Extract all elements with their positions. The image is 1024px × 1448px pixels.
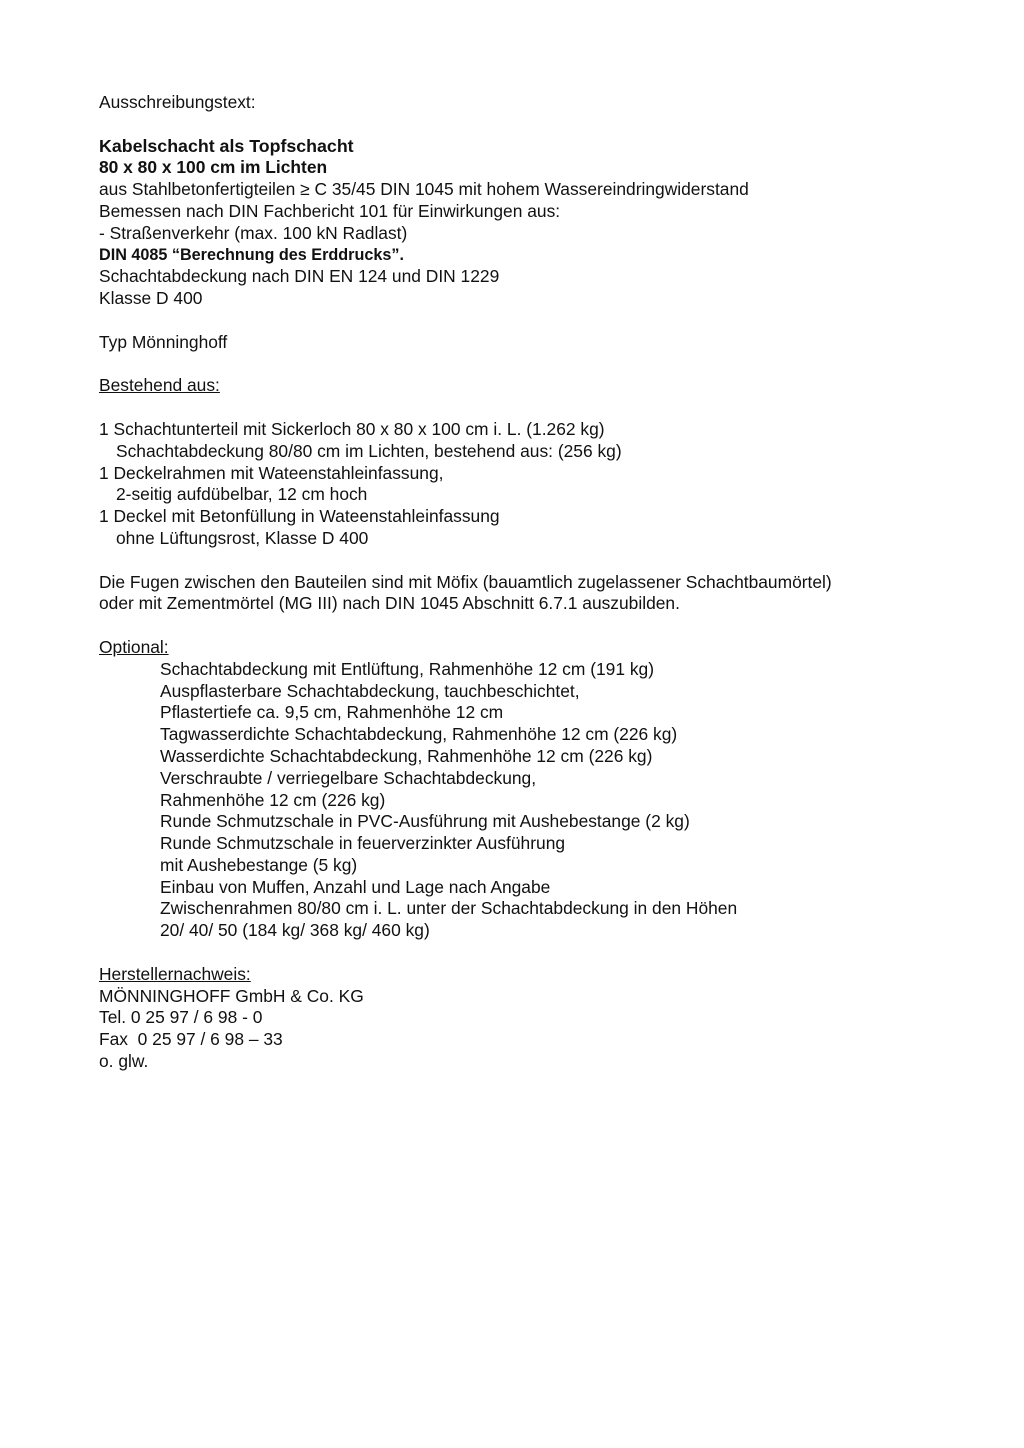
optional-line: Auspflasterbare Schachtabdeckung, tauchb… [99,681,959,703]
component-line: ohne Lüftungsrost, Klasse D 400 [99,528,959,550]
intro-line: Schachtabdeckung nach DIN EN 124 und DIN… [99,266,959,288]
intro-line: Klasse D 400 [99,288,959,310]
document-page: Ausschreibungstext: Kabelschacht als Top… [99,92,959,1073]
intro-line: - Straßenverkehr (max. 100 kN Radlast) [99,223,959,245]
optional-line: Einbau von Muffen, Anzahl und Lage nach … [99,877,959,899]
intro-line: DIN 4085 “Berechnung des Erddrucks”. [99,245,959,267]
optional-line: Schachtabdeckung mit Entlüftung, Rahmenh… [99,659,959,681]
manufacturer-name: MÖNNINGHOFF GmbH & Co. KG [99,986,959,1008]
joints-line: oder mit Zementmörtel (MG III) nach DIN … [99,593,959,615]
document-subtitle: 80 x 80 x 100 cm im Lichten [99,157,959,179]
manufacturer-fax: Fax 0 25 97 / 6 98 – 33 [99,1029,959,1051]
optional-line: Runde Schmutzschale in PVC-Ausführung mi… [99,811,959,833]
component-line: 1 Deckelrahmen mit Wateenstahleinfassung… [99,463,959,485]
spacer [99,942,959,964]
optional-line: Wasserdichte Schachtabdeckung, Rahmenhöh… [99,746,959,768]
component-line: 1 Deckel mit Betonfüllung in Wateenstahl… [99,506,959,528]
optional-list: Schachtabdeckung mit Entlüftung, Rahmenh… [99,659,959,942]
component-line: Schachtabdeckung 80/80 cm im Lichten, be… [99,441,959,463]
components-heading: Bestehend aus: [99,375,959,397]
equivalent-note: o. glw. [99,1051,959,1073]
component-line: 2-seitig aufdübelbar, 12 cm hoch [99,484,959,506]
optional-line: Pflastertiefe ca. 9,5 cm, Rahmenhöhe 12 … [99,702,959,724]
spacer [99,550,959,572]
optional-heading: Optional: [99,637,959,659]
optional-line: Zwischenrahmen 80/80 cm i. L. unter der … [99,898,959,920]
optional-line: Rahmenhöhe 12 cm (226 kg) [99,790,959,812]
spacer [99,354,959,376]
optional-line: Tagwasserdichte Schachtabdeckung, Rahmen… [99,724,959,746]
spacer [99,310,959,332]
joints-line: Die Fugen zwischen den Bauteilen sind mi… [99,572,959,594]
optional-line: Verschraubte / verriegelbare Schachtabde… [99,768,959,790]
optional-line: Runde Schmutzschale in feuerverzinkter A… [99,833,959,855]
document-title: Kabelschacht als Topfschacht [99,136,959,158]
manufacturer-tel: Tel. 0 25 97 / 6 98 - 0 [99,1007,959,1029]
spacer [99,615,959,637]
intro-line: Bemessen nach DIN Fachbericht 101 für Ei… [99,201,959,223]
spacer [99,397,959,419]
optional-line: 20/ 40/ 50 (184 kg/ 368 kg/ 460 kg) [99,920,959,942]
component-line: 1 Schachtunterteil mit Sickerloch 80 x 8… [99,419,959,441]
intro-line: aus Stahlbetonfertigteilen ≥ C 35/45 DIN… [99,179,959,201]
type-line: Typ Mönninghoff [99,332,959,354]
manufacturer-heading: Herstellernachweis: [99,964,959,986]
optional-line: mit Aushebestange (5 kg) [99,855,959,877]
section-label: Ausschreibungstext: [99,92,959,114]
spacer [99,114,959,136]
